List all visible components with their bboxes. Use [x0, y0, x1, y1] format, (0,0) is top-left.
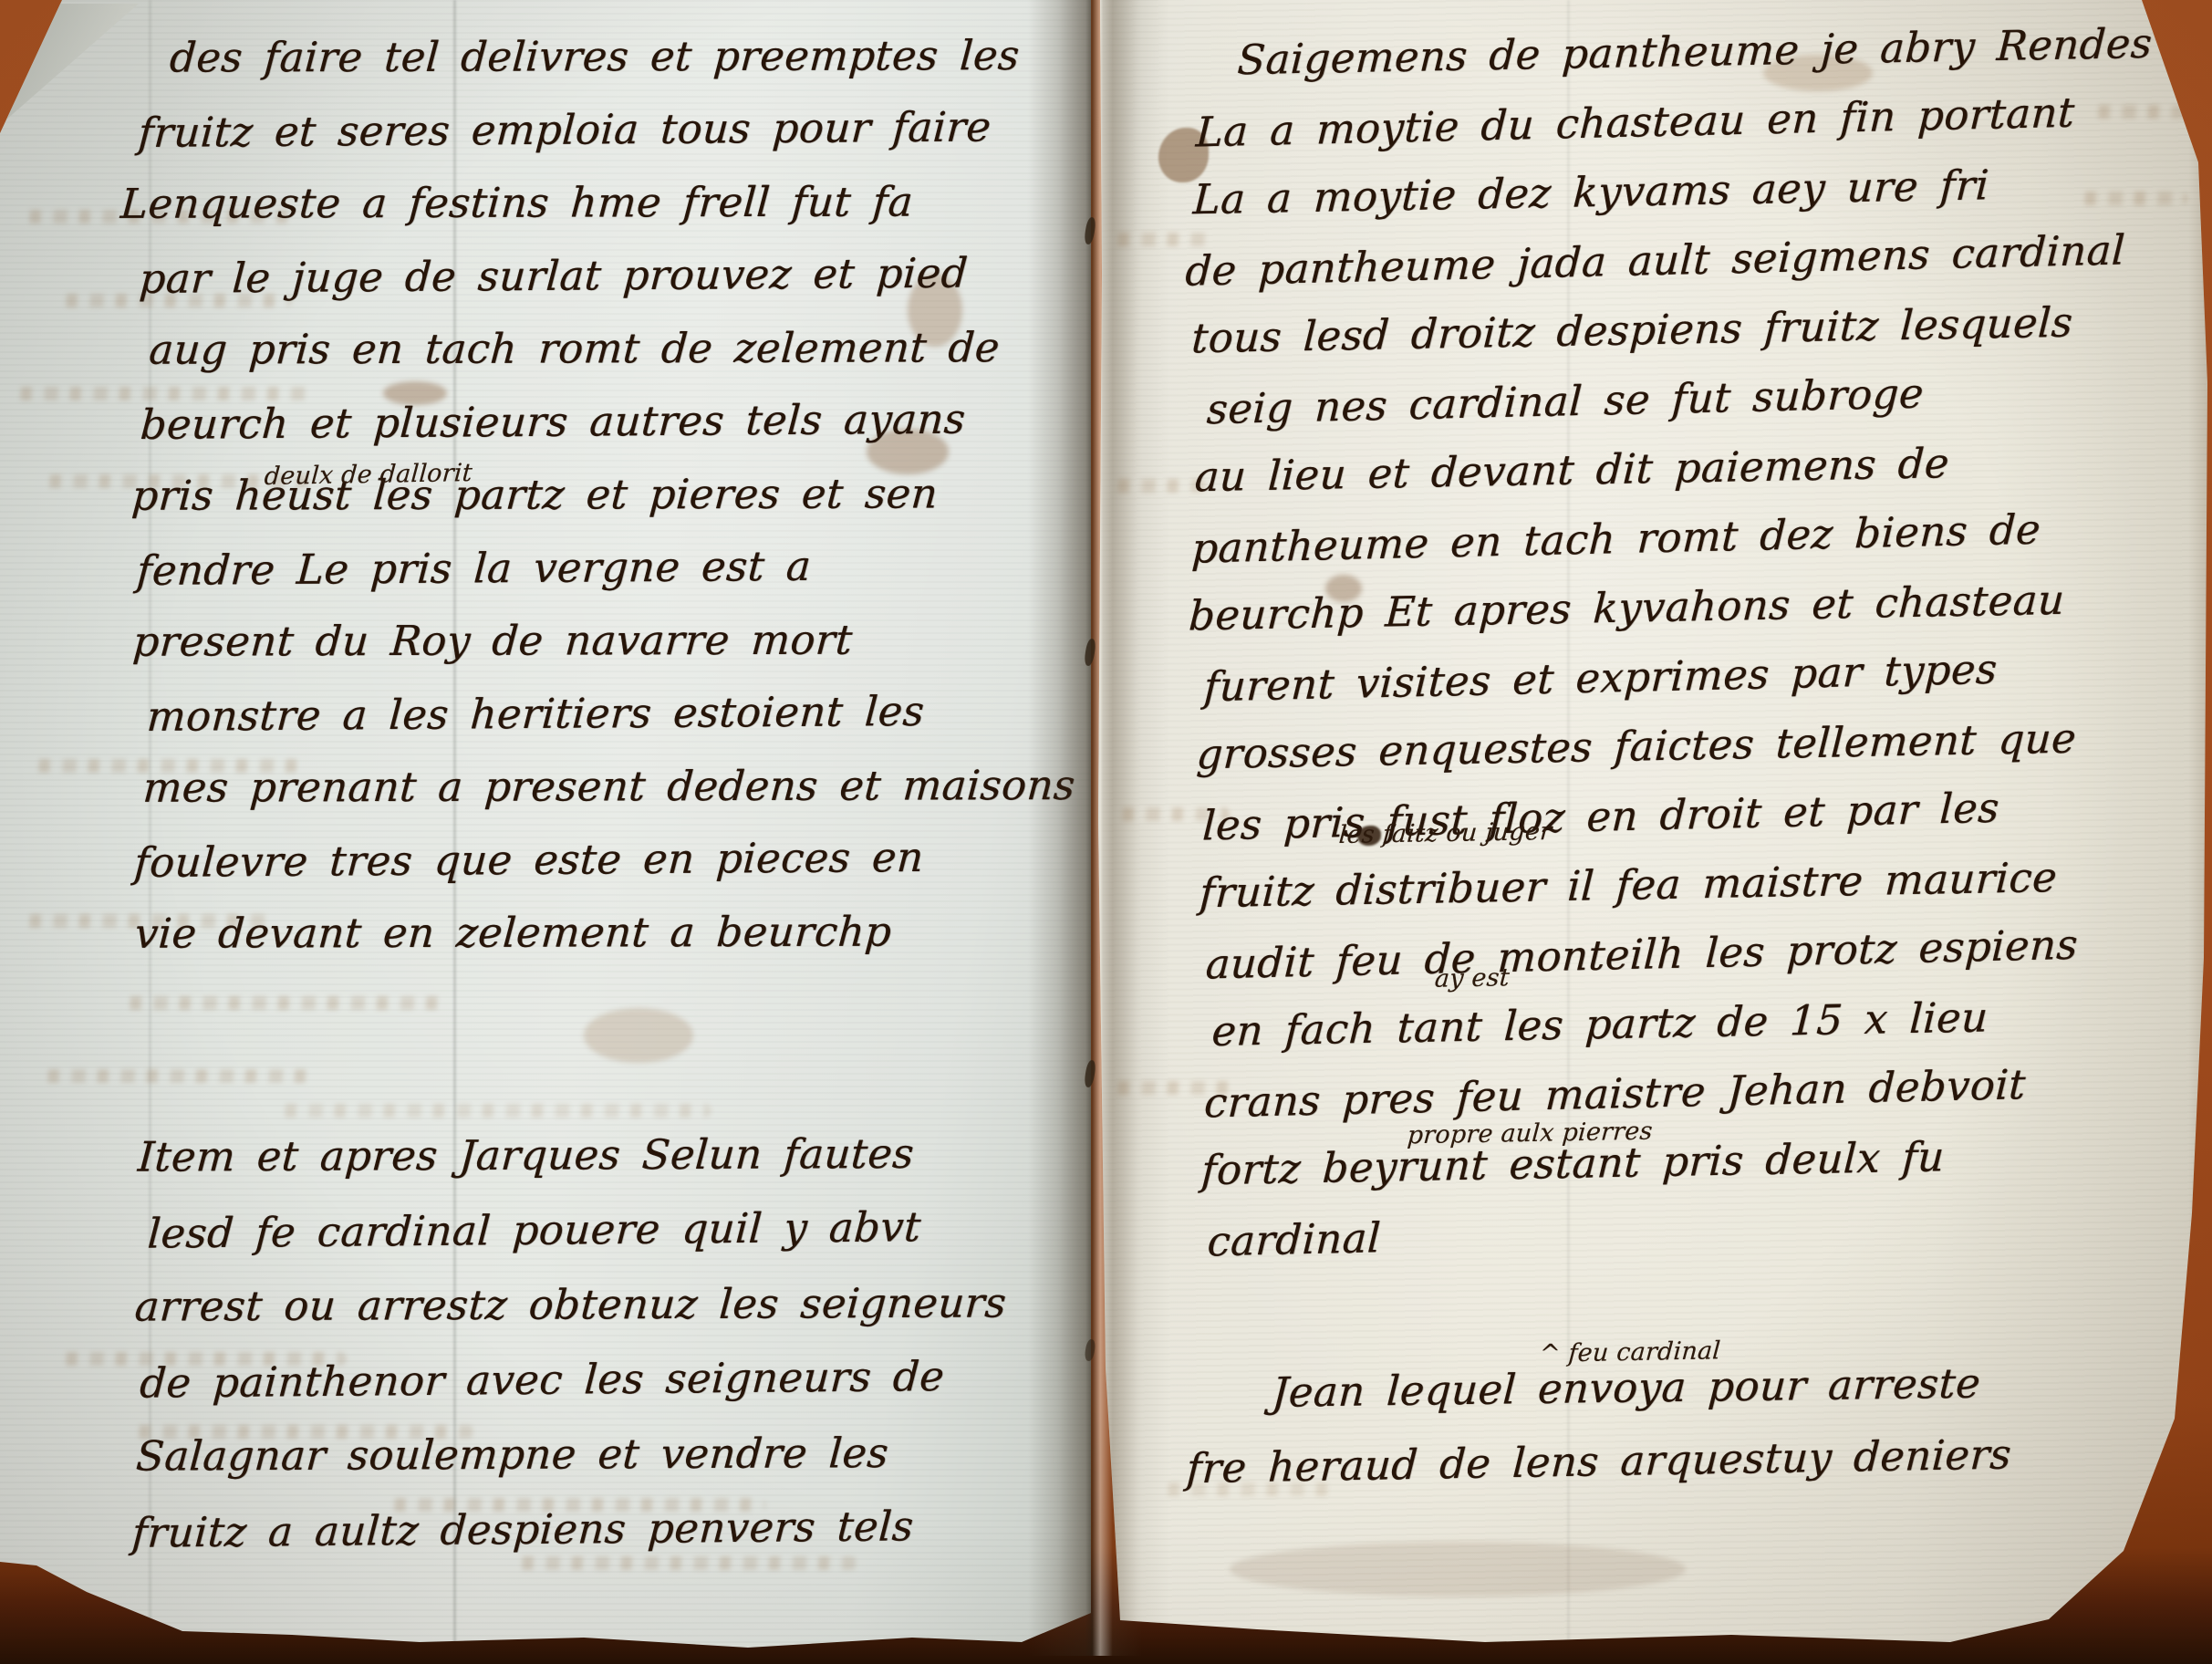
right-page-footer-text-block: Jean lequel envoya pour arreste fre hera…: [1093, 1357, 2011, 1519]
manuscript-line: aug pris en tach romt de zelement de: [146, 323, 1074, 399]
manuscript-line: de painthenor avec les seigneurs de: [137, 1351, 1009, 1433]
manuscript-line: present du Roy de navarre mort: [130, 615, 1075, 691]
left-page-lower-text-block: Item et apres Jarques Selun fautes lesd …: [0, 1127, 1008, 1585]
manuscript-line: mes prenant a present dedens et maisons: [140, 761, 1076, 837]
manuscript-line: monstre a les heritiers estoient les: [144, 686, 1076, 765]
manuscript-line: lesd fe cardinal pouere quil y abvt: [145, 1201, 1008, 1284]
right-page: Saigemens de pantheume je abry Rendes La…: [1093, 0, 2212, 1656]
left-page-upper-text-block: des faire tel delivres et preemptes les …: [0, 29, 1075, 985]
interline-addition: deulx de dallorit: [264, 459, 473, 491]
manuscript-line: fruitz et seres emploia tous pour faire: [135, 102, 1072, 182]
interline-addition: propre aulx pierres: [1407, 1118, 1654, 1150]
manuscript-line: fre heraud de lens arquestuy deniers: [1184, 1430, 2012, 1517]
manuscript-line: foulevre tres que este en pieces en: [131, 832, 1077, 911]
interline-addition: ay est: [1434, 963, 1511, 993]
ghost-writing-line: [36, 1069, 310, 1083]
ghost-writing-line: [119, 996, 447, 1010]
interline-addition: les faitz ou juger: [1338, 817, 1553, 849]
manuscript-line: Lenqueste a festins hme frell fut fa: [118, 177, 1073, 253]
manuscript-line: Jean lequel envoya pour arreste: [1269, 1358, 2011, 1441]
paper-stain: [584, 1008, 693, 1063]
manuscript-line: fendre Le pris la vergne est a: [134, 540, 1075, 619]
paper-stain: [1230, 1542, 1686, 1596]
right-page-upper-text-block: Saigemens de pantheume je abry Rendes La…: [1093, 17, 2179, 1289]
manuscript-photo: des faire tel delivres et preemptes les …: [0, 0, 2212, 1664]
manuscript-line: des faire tel delivres et preemptes les: [167, 31, 1072, 107]
ghost-writing-line: [274, 1104, 711, 1118]
manuscript-line: Salagnar soulempne et vendre les: [133, 1428, 1010, 1506]
manuscript-line: fruitz a aultz despiens penvers tels: [129, 1501, 1010, 1583]
manuscript-line: Item et apres Jarques Selun fautes: [135, 1128, 1007, 1207]
interline-addition: ^ feu cardinal: [1539, 1336, 1722, 1368]
manuscript-line: vie devant en zelement a beurchp: [131, 907, 1077, 983]
manuscript-line: arrest ou arrestz obtenuz les seigneurs: [131, 1278, 1008, 1357]
left-page: des faire tel delivres et preemptes les …: [0, 0, 1091, 1651]
manuscript-line: par le juge de surlat prouvez et pied: [136, 248, 1073, 328]
